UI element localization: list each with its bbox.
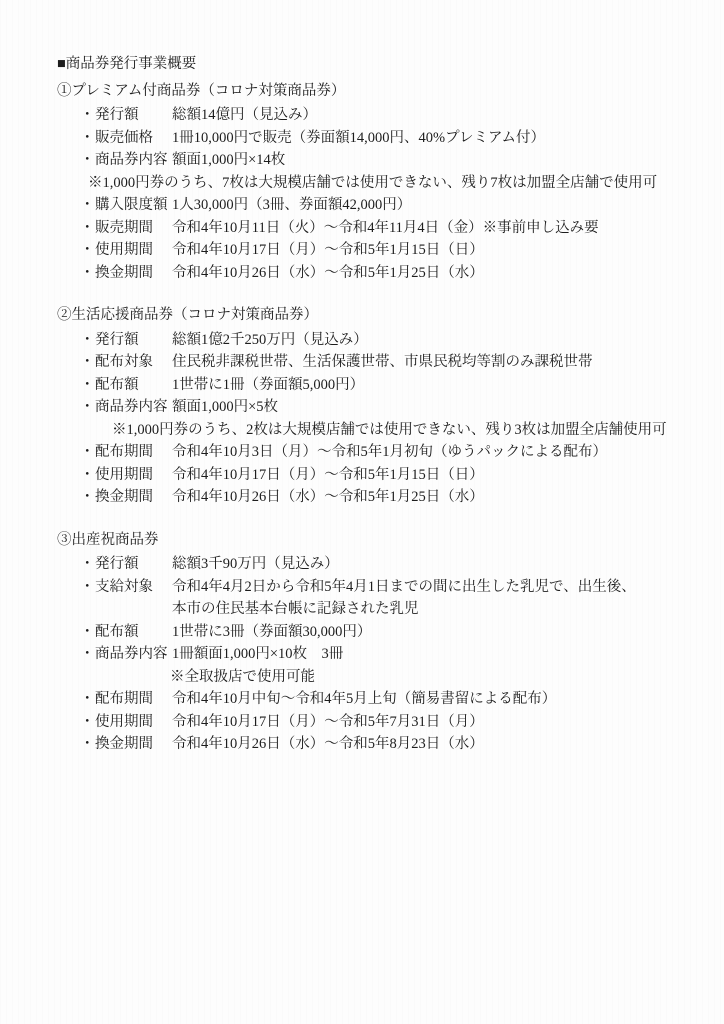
spec-value: 額面1,000円×5枚 bbox=[172, 396, 667, 419]
spec-label: 配布額 bbox=[95, 374, 172, 397]
bullet-icon: ・ bbox=[80, 262, 95, 285]
spec-row-use-period: ・ 使用期間 令和4年10月17日（月）～令和5年1月15日（日） bbox=[57, 464, 667, 487]
spec-value: 1世帯に1冊（券面額5,000円） bbox=[172, 374, 667, 397]
spec-value: 総額14億円（見込み） bbox=[172, 104, 667, 127]
spec-label: 使用期間 bbox=[95, 711, 172, 734]
spec-value: 1冊額面1,000円×10枚 3冊 bbox=[172, 643, 667, 666]
spec-row-eligibility: ・ 支給対象 令和4年4月2日から令和5年4月1日までの間に出生した乳児で、出生… bbox=[57, 576, 667, 621]
bullet-icon: ・ bbox=[80, 486, 95, 509]
spec-row-redeem-period: ・ 換金期間 令和4年10月26日（水）～令和5年1月25日（水） bbox=[57, 262, 667, 285]
bullet-icon: ・ bbox=[80, 553, 95, 576]
spec-row-issue-amount: ・ 発行額 総額1億2千250万円（見込み） bbox=[57, 329, 667, 352]
bullet-icon: ・ bbox=[80, 621, 95, 644]
spec-label: 使用期間 bbox=[95, 239, 172, 262]
spec-label: 換金期間 bbox=[95, 262, 172, 285]
spec-label: 商品券内容 bbox=[95, 149, 172, 172]
spec-label: 配布額 bbox=[95, 621, 172, 644]
scanned-document-page: ■商品券発行事業概要 ①プレミアム付商品券（コロナ対策商品券） ・ 発行額 総額… bbox=[0, 0, 724, 1024]
spec-label: 換金期間 bbox=[95, 733, 172, 756]
spec-value: 令和4年10月17日（月）～令和5年1月15日（日） bbox=[172, 239, 667, 262]
section-heading: ①プレミアム付商品券（コロナ対策商品券） bbox=[57, 80, 667, 103]
spec-row-distribution-period: ・ 配布期間 令和4年10月中旬～令和4年5月上旬（簡易書留による配布） bbox=[57, 688, 667, 711]
spec-value: 1人30,000円（3冊、券面額42,000円） bbox=[172, 194, 667, 217]
spec-value: 令和4年10月26日（水）～令和5年1月25日（水） bbox=[172, 486, 667, 509]
spec-value: 1世帯に3冊（券面額30,000円） bbox=[172, 621, 667, 644]
spec-row-distribution-target: ・ 配布対象 住民税非課税世帯、生活保護世帯、市県民税均等割のみ課税世帯 bbox=[57, 351, 667, 374]
spec-value: 令和4年10月26日（水）～令和5年1月25日（水） bbox=[172, 262, 667, 285]
spec-label: 配布対象 bbox=[95, 351, 172, 374]
spec-label: 購入限度額 bbox=[95, 194, 172, 217]
spec-row-redeem-period: ・ 換金期間 令和4年10月26日（水）～令和5年1月25日（水） bbox=[57, 486, 667, 509]
spec-value: 令和4年10月17日（月）～令和5年1月15日（日） bbox=[172, 464, 667, 487]
bullet-icon: ・ bbox=[80, 576, 95, 621]
spec-label: 販売期間 bbox=[95, 217, 172, 240]
spec-row-issue-amount: ・ 発行額 総額3千90万円（見込み） bbox=[57, 553, 667, 576]
spec-row-sale-price: ・ 販売価格 1冊10,000円で販売（券面額14,000円、40%プレミアム付… bbox=[57, 127, 667, 150]
spec-label: 商品券内容 bbox=[95, 643, 172, 666]
spec-value: 令和4年10月中旬～令和4年5月上旬（簡易書留による配布） bbox=[172, 688, 667, 711]
spec-label: 換金期間 bbox=[95, 486, 172, 509]
spec-row-voucher-contents: ・ 商品券内容 1冊額面1,000円×10枚 3冊 bbox=[57, 643, 667, 666]
bullet-icon: ・ bbox=[80, 329, 95, 352]
bullet-icon: ・ bbox=[80, 374, 95, 397]
spec-label: 販売価格 bbox=[95, 127, 172, 150]
bullet-icon: ・ bbox=[80, 733, 95, 756]
section-premium-voucher: ①プレミアム付商品券（コロナ対策商品券） ・ 発行額 総額14億円（見込み） ・… bbox=[57, 80, 667, 285]
bullet-icon: ・ bbox=[80, 464, 95, 487]
note-line: ※全取扱店で使用可能 bbox=[57, 666, 667, 689]
bullet-icon: ・ bbox=[80, 351, 95, 374]
spec-value: 令和4年10月26日（水）～令和5年8月23日（水） bbox=[172, 733, 667, 756]
bullet-icon: ・ bbox=[80, 217, 95, 240]
note-line: ※1,000円券のうち、2枚は大規模店舗では使用できない、残り3枚は加盟全店舗使… bbox=[57, 419, 667, 442]
spec-label: 使用期間 bbox=[95, 464, 172, 487]
section-birth-celebration-voucher: ③出産祝商品券 ・ 発行額 総額3千90万円（見込み） ・ 支給対象 令和4年4… bbox=[57, 529, 667, 756]
bullet-icon: ・ bbox=[80, 104, 95, 127]
bullet-icon: ・ bbox=[80, 239, 95, 262]
spec-row-issue-amount: ・ 発行額 総額14億円（見込み） bbox=[57, 104, 667, 127]
spec-row-distribution-period: ・ 配布期間 令和4年10月3日（月）～令和5年1月初旬（ゆうパックによる配布） bbox=[57, 441, 667, 464]
bullet-icon: ・ bbox=[80, 396, 95, 419]
spec-row-redeem-period: ・ 換金期間 令和4年10月26日（水）～令和5年8月23日（水） bbox=[57, 733, 667, 756]
spec-label: 配布期間 bbox=[95, 688, 172, 711]
spec-value: 額面1,000円×14枚 bbox=[172, 149, 667, 172]
spec-row-distribution-amount: ・ 配布額 1世帯に1冊（券面額5,000円） bbox=[57, 374, 667, 397]
spec-label: 発行額 bbox=[95, 104, 172, 127]
document-title: ■商品券発行事業概要 bbox=[57, 53, 667, 76]
spec-value: 1冊10,000円で販売（券面額14,000円、40%プレミアム付） bbox=[172, 127, 667, 150]
spec-value: 総額1億2千250万円（見込み） bbox=[172, 329, 667, 352]
section-life-support-voucher: ②生活応援商品券（コロナ対策商品券） ・ 発行額 総額1億2千250万円（見込み… bbox=[57, 304, 667, 509]
bullet-icon: ・ bbox=[80, 441, 95, 464]
spec-value: 令和4年10月17日（月）～令和5年7月31日（月） bbox=[172, 711, 667, 734]
bullet-icon: ・ bbox=[80, 149, 95, 172]
spec-value: 住民税非課税世帯、生活保護世帯、市県民税均等割のみ課税世帯 bbox=[172, 351, 667, 374]
spec-value: 令和4年4月2日から令和5年4月1日までの間に出生した乳児で、出生後、 本市の住… bbox=[172, 576, 667, 621]
spec-row-voucher-contents: ・ 商品券内容 額面1,000円×5枚 bbox=[57, 396, 667, 419]
spec-label: 商品券内容 bbox=[95, 396, 172, 419]
spec-value: 令和4年10月11日（火）～令和4年11月4日（金）※事前申し込み要 bbox=[172, 217, 667, 240]
section-heading: ②生活応援商品券（コロナ対策商品券） bbox=[57, 304, 667, 327]
note-line: ※1,000円券のうち、7枚は大規模店舗では使用できない、残り7枚は加盟全店舗で… bbox=[57, 172, 667, 195]
bullet-icon: ・ bbox=[80, 643, 95, 666]
spec-row-voucher-contents: ・ 商品券内容 額面1,000円×14枚 bbox=[57, 149, 667, 172]
spec-value: 総額3千90万円（見込み） bbox=[172, 553, 667, 576]
spec-label: 支給対象 bbox=[95, 576, 172, 621]
spec-row-distribution-amount: ・ 配布額 1世帯に3冊（券面額30,000円） bbox=[57, 621, 667, 644]
spec-value: 令和4年10月3日（月）～令和5年1月初旬（ゆうパックによる配布） bbox=[172, 441, 667, 464]
bullet-icon: ・ bbox=[80, 127, 95, 150]
section-heading: ③出産祝商品券 bbox=[57, 529, 667, 552]
bullet-icon: ・ bbox=[80, 711, 95, 734]
bullet-icon: ・ bbox=[80, 194, 95, 217]
spec-row-sale-period: ・ 販売期間 令和4年10月11日（火）～令和4年11月4日（金）※事前申し込み… bbox=[57, 217, 667, 240]
spec-row-use-period: ・ 使用期間 令和4年10月17日（月）～令和5年1月15日（日） bbox=[57, 239, 667, 262]
spec-row-purchase-limit: ・ 購入限度額 1人30,000円（3冊、券面額42,000円） bbox=[57, 194, 667, 217]
spec-label: 発行額 bbox=[95, 553, 172, 576]
spec-label: 発行額 bbox=[95, 329, 172, 352]
spec-row-use-period: ・ 使用期間 令和4年10月17日（月）～令和5年7月31日（月） bbox=[57, 711, 667, 734]
bullet-icon: ・ bbox=[80, 688, 95, 711]
spec-label: 配布期間 bbox=[95, 441, 172, 464]
